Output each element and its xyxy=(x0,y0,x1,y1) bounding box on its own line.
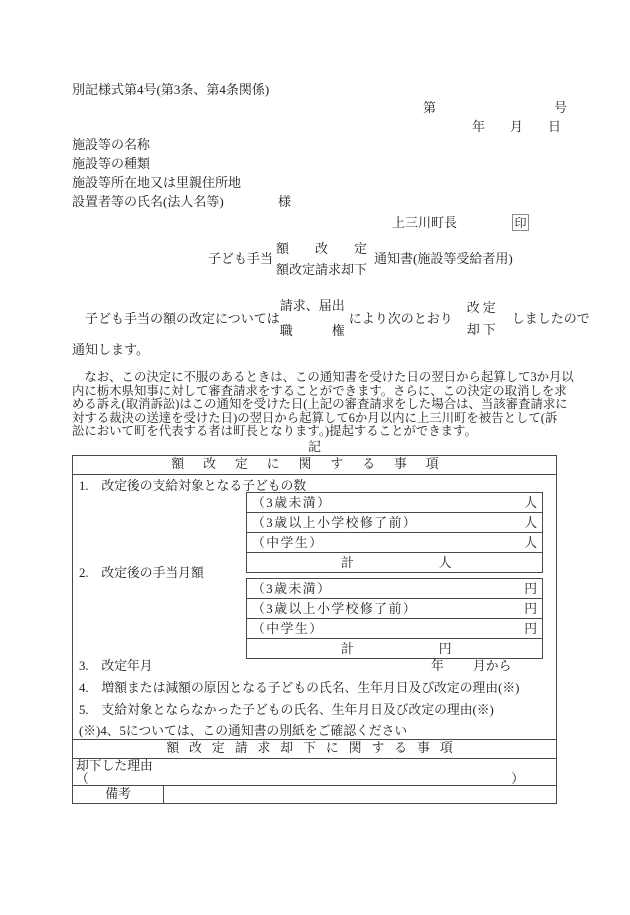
item2-monthly-amount-label: 2. 改定後の手当月額 xyxy=(79,566,204,580)
table-row: （3歳以上小学校修了前） 円 xyxy=(247,598,542,618)
statement-option-request: 請求、届出 xyxy=(280,299,345,313)
appeal-note-line: 内に栃木県知事に対して審査請求をすることができます。さらに、この決定の取消しを求 xyxy=(72,385,572,399)
addressee-label: 設置者等の氏名(法人名等) xyxy=(72,194,224,209)
appeal-note-line: 対する裁決の送達を受けた日)の翌日から起算して6か月以内に上三川町を被告として(… xyxy=(72,412,572,426)
field-facility-address: 施設等所在地又は里親住所地 xyxy=(72,176,241,190)
total-label: 計 xyxy=(341,556,354,570)
row-label: （3歳以上小学校修了前） xyxy=(252,516,417,530)
row-unit: 円 xyxy=(524,602,537,616)
table-row: （中学生） 人 xyxy=(247,532,542,552)
main-table: 額改定に関する事項 1. 改定後の支給対象となる子どもの数 （3歳未満） 人 （… xyxy=(72,455,557,804)
table-row: （3歳未満） 人 xyxy=(247,493,542,512)
issuer-line: 上三川町長 印 xyxy=(392,214,529,231)
addressee-honorific: 様 xyxy=(278,195,291,209)
date-day-label: 日 xyxy=(548,120,561,134)
statement-lead: 子ども手当の額の改定については xyxy=(72,312,280,326)
statement-line2: 通知します。 xyxy=(72,343,149,357)
remarks-value-blank xyxy=(164,786,556,803)
row-label: （3歳未満） xyxy=(252,582,331,596)
row-unit: 円 xyxy=(524,622,537,636)
row-unit: 円 xyxy=(524,582,537,596)
remarks-label: 備考 xyxy=(73,786,164,803)
title-option-rejection: 額改定請求却下 xyxy=(276,263,367,277)
table-footnote: (※)4、5については、この通知書の別紙をご確認ください xyxy=(79,724,407,738)
statement-option-rejected: 却下 xyxy=(467,323,499,337)
seal-mark: 印 xyxy=(512,214,529,231)
item3-revision-date: 3. 改定年月 年 月から xyxy=(79,659,549,673)
table-row: （3歳以上小学校修了前） 人 xyxy=(247,512,542,532)
statement-mid: により次のとおり xyxy=(349,312,453,326)
issuer-name: 上三川町長 xyxy=(392,216,457,230)
addressee-line: 設置者等の氏名(法人名等) 様 xyxy=(72,195,224,209)
item3-year-label: 年 xyxy=(431,659,444,673)
row-label: （3歳未満） xyxy=(252,496,331,510)
total-label: 計 xyxy=(341,642,354,656)
appeal-note-line: める訴え(取消訴訟)はこの通知を受けた日(上記の審査請求をした場合は、当該審査請… xyxy=(72,398,572,412)
children-count-table: （3歳未満） 人 （3歳以上小学校修了前） 人 （中学生） 人 計 人 xyxy=(246,492,543,573)
ki-marker: 記 xyxy=(72,440,557,454)
title-suffix: 通知書(施設等受給者用) xyxy=(374,252,513,266)
document-page: 別記様式第4号(第3条、第4条関係) 第 号 年 月 日 施設等の名称 施設等の… xyxy=(0,0,630,915)
rejection-reason-label: 却下した理由 xyxy=(76,760,552,773)
table-total-row: 計 円 xyxy=(247,638,542,658)
field-facility-name: 施設等の名称 xyxy=(72,138,150,152)
remarks-row: 備考 xyxy=(73,785,556,803)
statement-option2-stack: 改定 却下 xyxy=(467,301,499,337)
doc-number-suffix: 号 xyxy=(554,101,567,115)
row-label: （中学生） xyxy=(252,536,323,550)
table-total-row: 計 人 xyxy=(247,552,542,572)
item3-label: 3. 改定年月 xyxy=(79,659,153,673)
statement-option-authority: 職 権 xyxy=(280,324,345,338)
row-unit: 人 xyxy=(524,496,537,510)
total-unit: 人 xyxy=(439,556,452,570)
date-month-label: 月 xyxy=(510,120,523,134)
item3-month-label: 月から xyxy=(473,659,511,673)
total-unit: 円 xyxy=(439,642,452,656)
row-unit: 人 xyxy=(524,516,537,530)
appeal-note: なお、この決定に不服のあるときは、この通知書を受けた日の翌日から起算して3か月以… xyxy=(72,371,572,439)
date-year-label: 年 xyxy=(472,120,485,134)
item1-children-count-label: 1. 改定後の支給対象となる子どもの数 xyxy=(79,479,306,493)
doc-number-prefix: 第 xyxy=(423,101,436,115)
title-prefix: 子ども手当 xyxy=(208,252,273,266)
revision-section-body: 1. 改定後の支給対象となる子どもの数 （3歳未満） 人 （3歳以上小学校修了前… xyxy=(73,475,556,739)
statement-option-revised: 改定 xyxy=(467,301,499,315)
paren-close: ） xyxy=(511,773,524,786)
section-header-revision: 額改定に関する事項 xyxy=(73,456,556,475)
table-row: （中学生） 円 xyxy=(247,618,542,638)
title-option-amount-revision: 額 改 定 xyxy=(276,242,367,256)
rejection-reason-cell: 却下した理由 （ ） xyxy=(73,759,556,785)
item5-excluded-children: 5. 支給対象とならなかった子どもの氏名、生年月日及び改定の理由(※) xyxy=(79,703,494,717)
date-line: 年 月 日 xyxy=(472,120,561,134)
field-facility-type: 施設等の種類 xyxy=(72,157,150,171)
appeal-note-line: なお、この決定に不服のあるときは、この通知書を受けた日の翌日から起算して3か月以 xyxy=(72,371,572,385)
title-option-stack: 額 改 定 額改定請求却下 xyxy=(276,242,367,277)
row-label: （3歳以上小学校修了前） xyxy=(252,602,417,616)
monthly-amount-table: （3歳未満） 円 （3歳以上小学校修了前） 円 （中学生） 円 計 円 xyxy=(246,578,543,659)
document-title: 子ども手当 額 改 定 額改定請求却下 通知書(施設等受給者用) xyxy=(208,241,513,277)
item4-increase-decrease-reason: 4. 増額または減額の原因となる子どもの氏名、生年月日及び改定の理由(※) xyxy=(79,681,519,695)
form-reference: 別記様式第4号(第3条、第4条関係) xyxy=(72,83,269,97)
paren-open: （ xyxy=(76,773,89,786)
document-number-line: 第 号 xyxy=(423,101,567,115)
table-row: （3歳未満） 円 xyxy=(247,579,542,598)
section-header-rejection: 額改定請求却下に関する事項 xyxy=(73,739,556,759)
statement-tail: しましたので xyxy=(512,312,590,326)
statement-line: 子ども手当の額の改定については 請求、届出 職 権 により次のとおり 改定 却下… xyxy=(72,299,590,338)
row-unit: 人 xyxy=(524,536,537,550)
row-label: （中学生） xyxy=(252,622,323,636)
statement-option1-stack: 請求、届出 職 権 xyxy=(280,299,345,338)
appeal-note-line: 訟において町を代表する者は町長となります。)提起することができます。 xyxy=(72,425,572,439)
